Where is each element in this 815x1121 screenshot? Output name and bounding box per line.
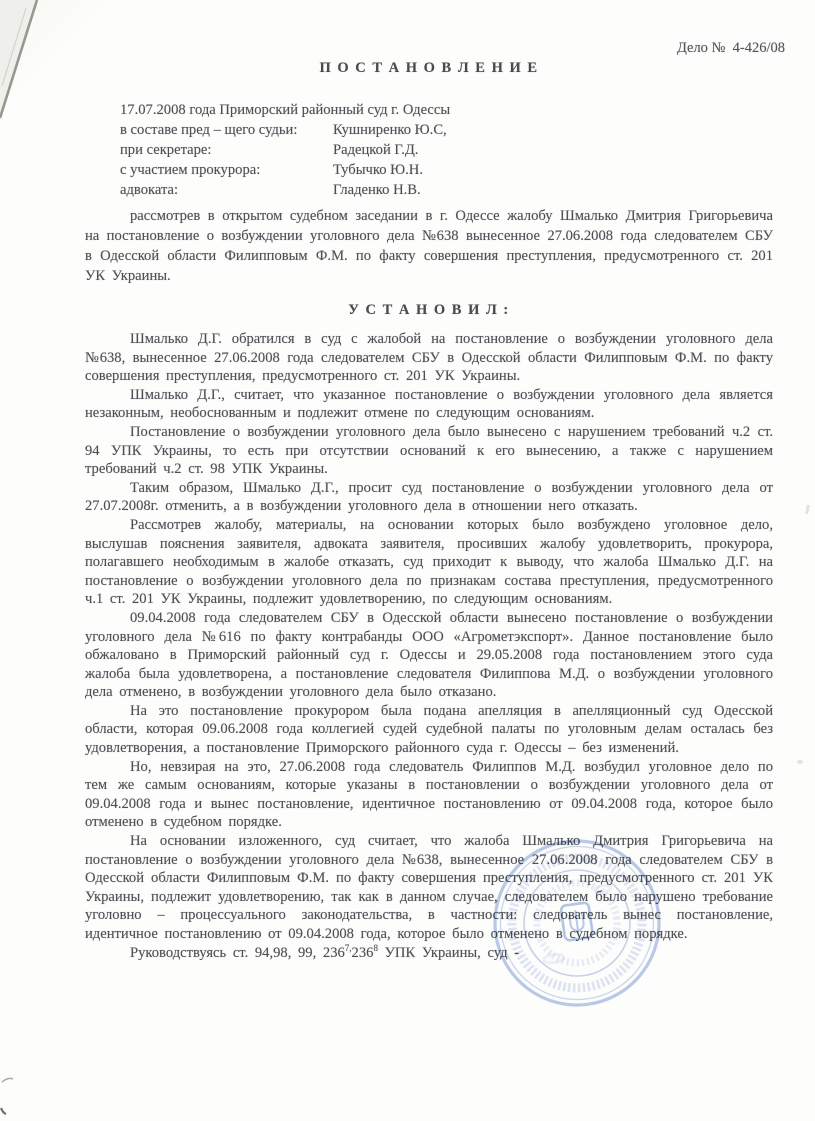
body-paragraph: Но, невзирая на это, 27.06.2008 года сле…: [85, 758, 773, 832]
court-role-label: адвоката:: [120, 180, 333, 200]
body-paragraph: Шмалько Д.Г. обратился в суд с жалобой н…: [85, 330, 773, 386]
document-title: П О С Т А Н О В Л Е Н И Е: [85, 60, 773, 77]
court-person-name: Радецкой Г.Д.: [333, 140, 773, 160]
section-heading: У С Т А Н О В И Л :: [85, 300, 773, 320]
body-paragraph: 09.04.2008 года следователем СБУ в Одесс…: [85, 609, 773, 702]
scan-artifact-mark: [805, 505, 810, 514]
page-corner-fold: [0, 0, 60, 130]
court-role-label: в составе пред – щего судьи:: [120, 120, 333, 140]
case-number: Дело № 4-426/08: [677, 40, 785, 57]
court-row-secretary: при секретаре: Радецкой Г.Д.: [120, 140, 773, 160]
court-date-line: 17.07.2008 года Приморский районный суд …: [120, 100, 773, 120]
scanned-page: Дело № 4-426/08 П О С Т А Н О В Л Е Н И …: [0, 0, 815, 1121]
document-body: 17.07.2008 года Приморский районный суд …: [85, 100, 773, 962]
closing-text: 236: [352, 945, 374, 961]
court-row-advocate: адвоката: Гладенко Н.В.: [120, 180, 773, 200]
court-row-judge: в составе пред – щего судьи: Кушниренко …: [120, 120, 773, 140]
body-paragraph: Таким образом, Шмалько Д.Г., просит суд …: [85, 479, 773, 516]
scan-artifact-mark: [0, 1074, 16, 1120]
decision-text: Шмалько Д.Г. обратился в суд с жалобой н…: [85, 330, 773, 962]
scan-artifact-mark: [797, 760, 803, 764]
body-paragraph: На основании изложенного, суд считает, ч…: [85, 832, 773, 944]
body-paragraph: На это постановление прокурором была под…: [85, 702, 773, 758]
body-paragraph: Постановление о возбуждении уголовного д…: [85, 423, 773, 479]
court-person-name: Гладенко Н.В.: [333, 180, 773, 200]
body-paragraph: Рассмотрев жалобу, материалы, на основан…: [85, 516, 773, 609]
statute-superscript: 7,: [345, 943, 352, 953]
closing-text: Руководствуясь ст. 94,98, 99, 236: [130, 945, 345, 961]
court-role-label: с участием прокурора:: [120, 160, 333, 180]
court-person-name: Тубычко Ю.Н.: [333, 160, 773, 180]
court-role-label: при секретаре:: [120, 140, 333, 160]
intro-paragraph: рассмотрев в открытом судебном заседании…: [85, 206, 773, 286]
body-paragraph: Шмалько Д.Г., считает, что указанное пос…: [85, 386, 773, 423]
round-official-seal-icon: [478, 824, 677, 1023]
court-person-name: Кушниренко Ю.С,: [333, 120, 773, 140]
court-row-prosecutor: с участием прокурора: Тубычко Ю.Н.: [120, 160, 773, 180]
court-info-block: 17.07.2008 года Приморский районный суд …: [120, 100, 773, 200]
